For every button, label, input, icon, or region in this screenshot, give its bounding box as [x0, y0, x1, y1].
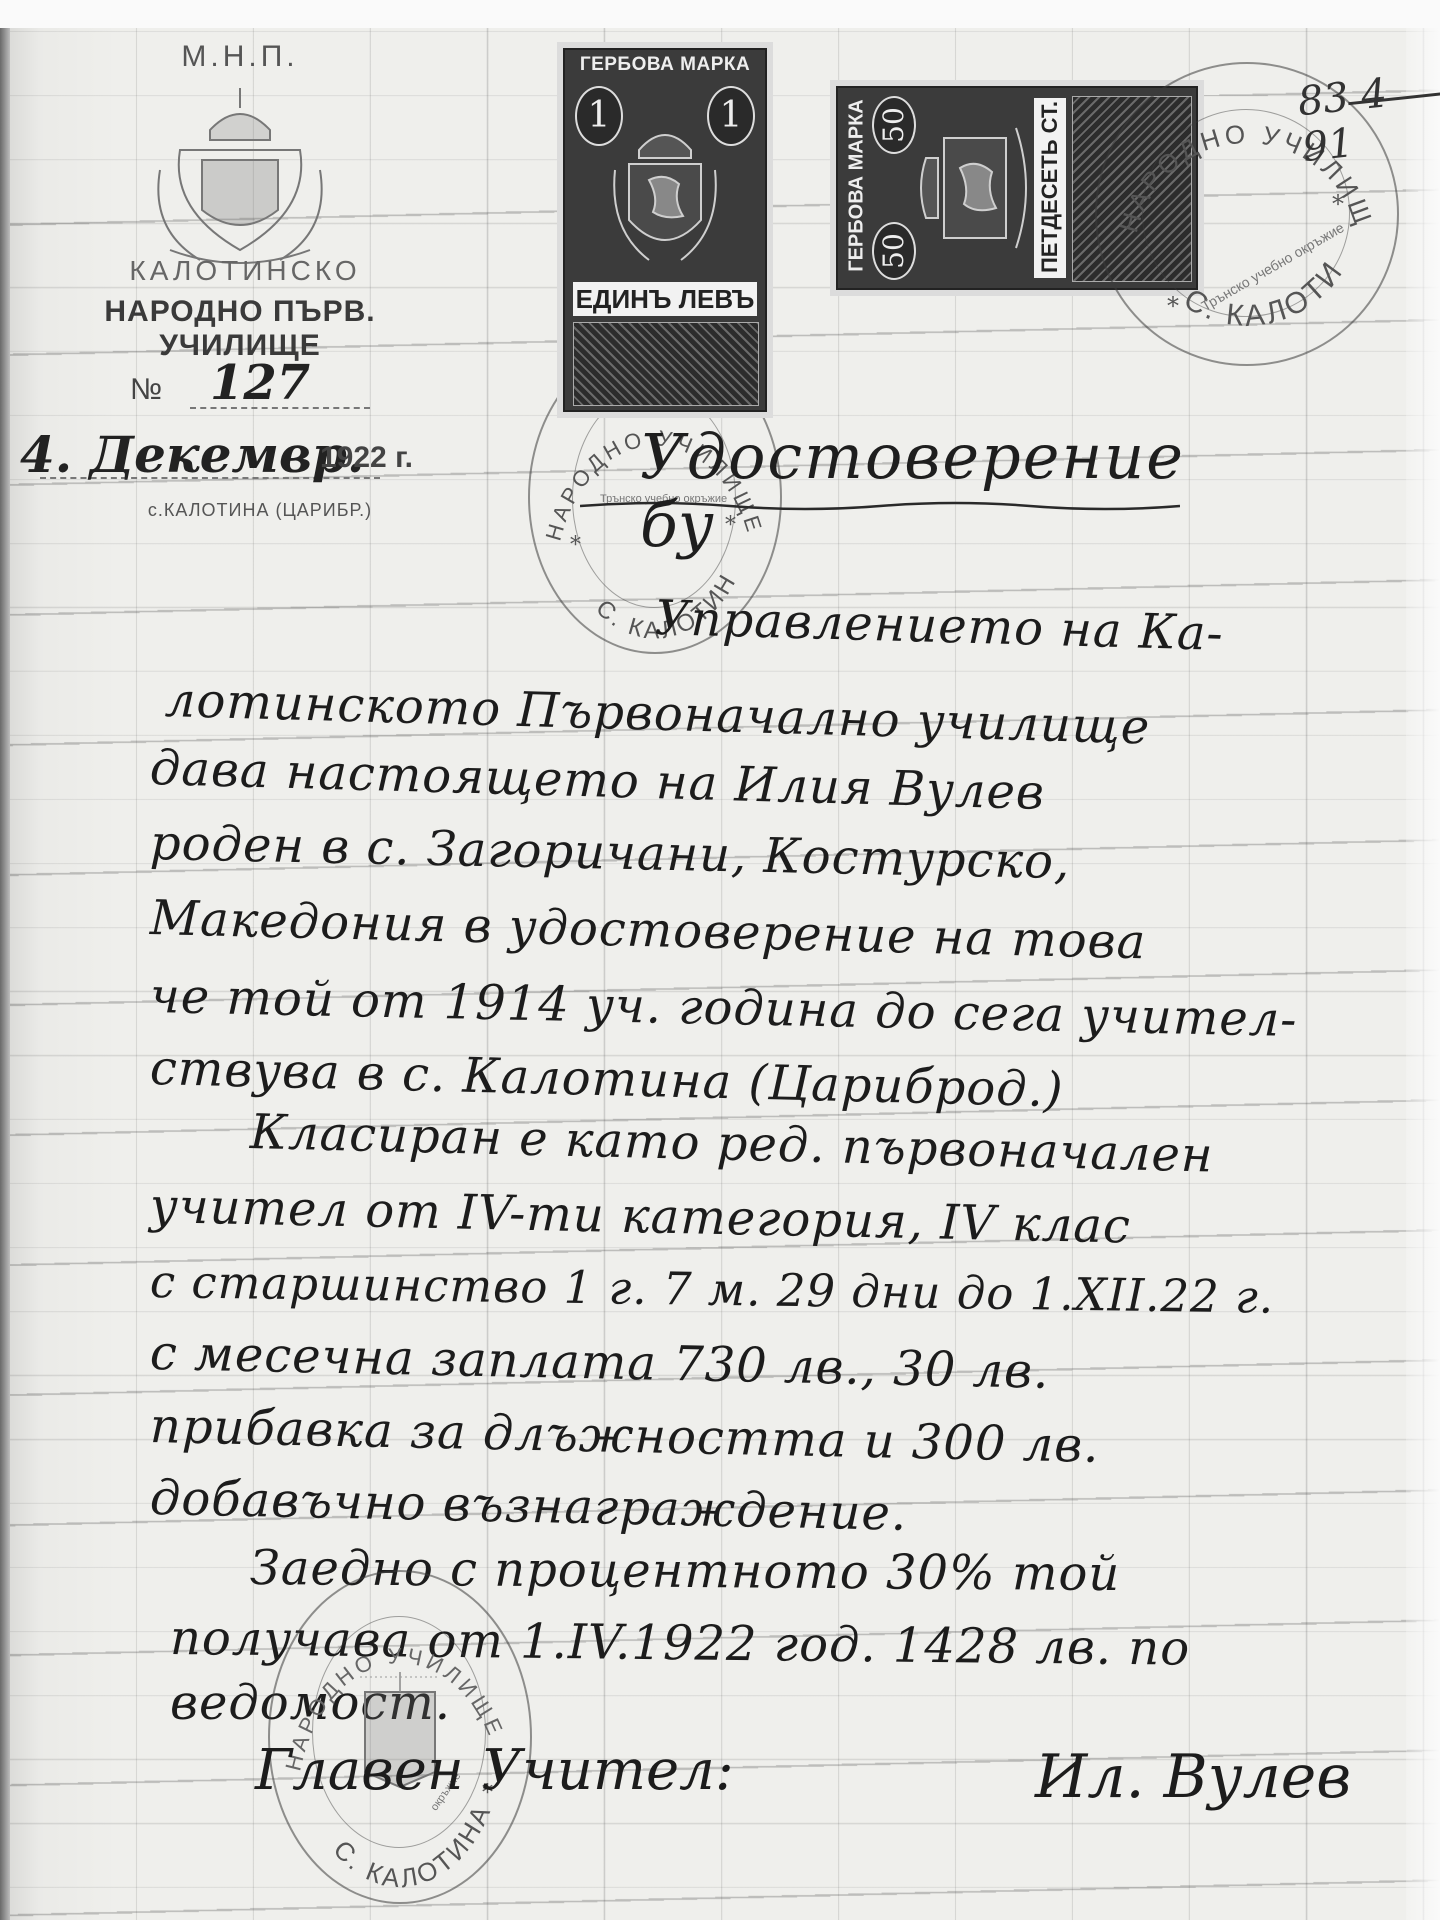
signatory-role: Главен Учител:: [255, 1738, 734, 1803]
signatory-name: Ил. Вулев: [1035, 1742, 1351, 1812]
school-seal-bottom: НАРОДНО УЧИЛИЩЕ С. КАЛОТИНА * окръжие: [268, 1570, 532, 1904]
svg-text:С. КАЛОТИНА: С. КАЛОТИНА: [328, 1799, 498, 1894]
body-line: Класиран е като ред. първоначален: [249, 1104, 1214, 1184]
body-line: че той от 1914 уч. година до сега учител…: [149, 968, 1298, 1048]
body-line: учител от IV-ти категория, IV клас: [149, 1178, 1131, 1255]
body-line: прибавка за длъжността и 300 лв.: [149, 1398, 1100, 1474]
body-line: добавъчно възнаграждение.: [149, 1470, 907, 1542]
body-line: с месечна заплата 730 лв., 30 лв.: [149, 1325, 1049, 1400]
certificate-body: Управлението на Ка- лотинското Първонача…: [0, 0, 1440, 1920]
body-line: дава настоящето на Илия Вулев: [149, 740, 1045, 821]
body-line: Македония в удостоверение на това: [149, 890, 1147, 970]
scanned-page: М.Н.П. КАЛОТИНСКО НАРОДНО ПЪРВ. УЧИЛИЩЕ …: [0, 0, 1440, 1920]
seal-bottom-text: С. КАЛОТИНА: [328, 1799, 498, 1894]
seal-text-ring: НАРОДНО УЧИЛИЩЕ С. КАЛОТИНА * окръжие: [270, 1572, 530, 1902]
body-line: с старшинство 1 г. 7 м. 29 дни до 1.XII.…: [150, 1255, 1275, 1324]
body-line: лотинското Първоначално училище: [164, 672, 1151, 755]
body-line: Управлението на Ка-: [654, 590, 1224, 662]
body-line: роден в с. Загоричани, Костурско,: [149, 815, 1070, 890]
